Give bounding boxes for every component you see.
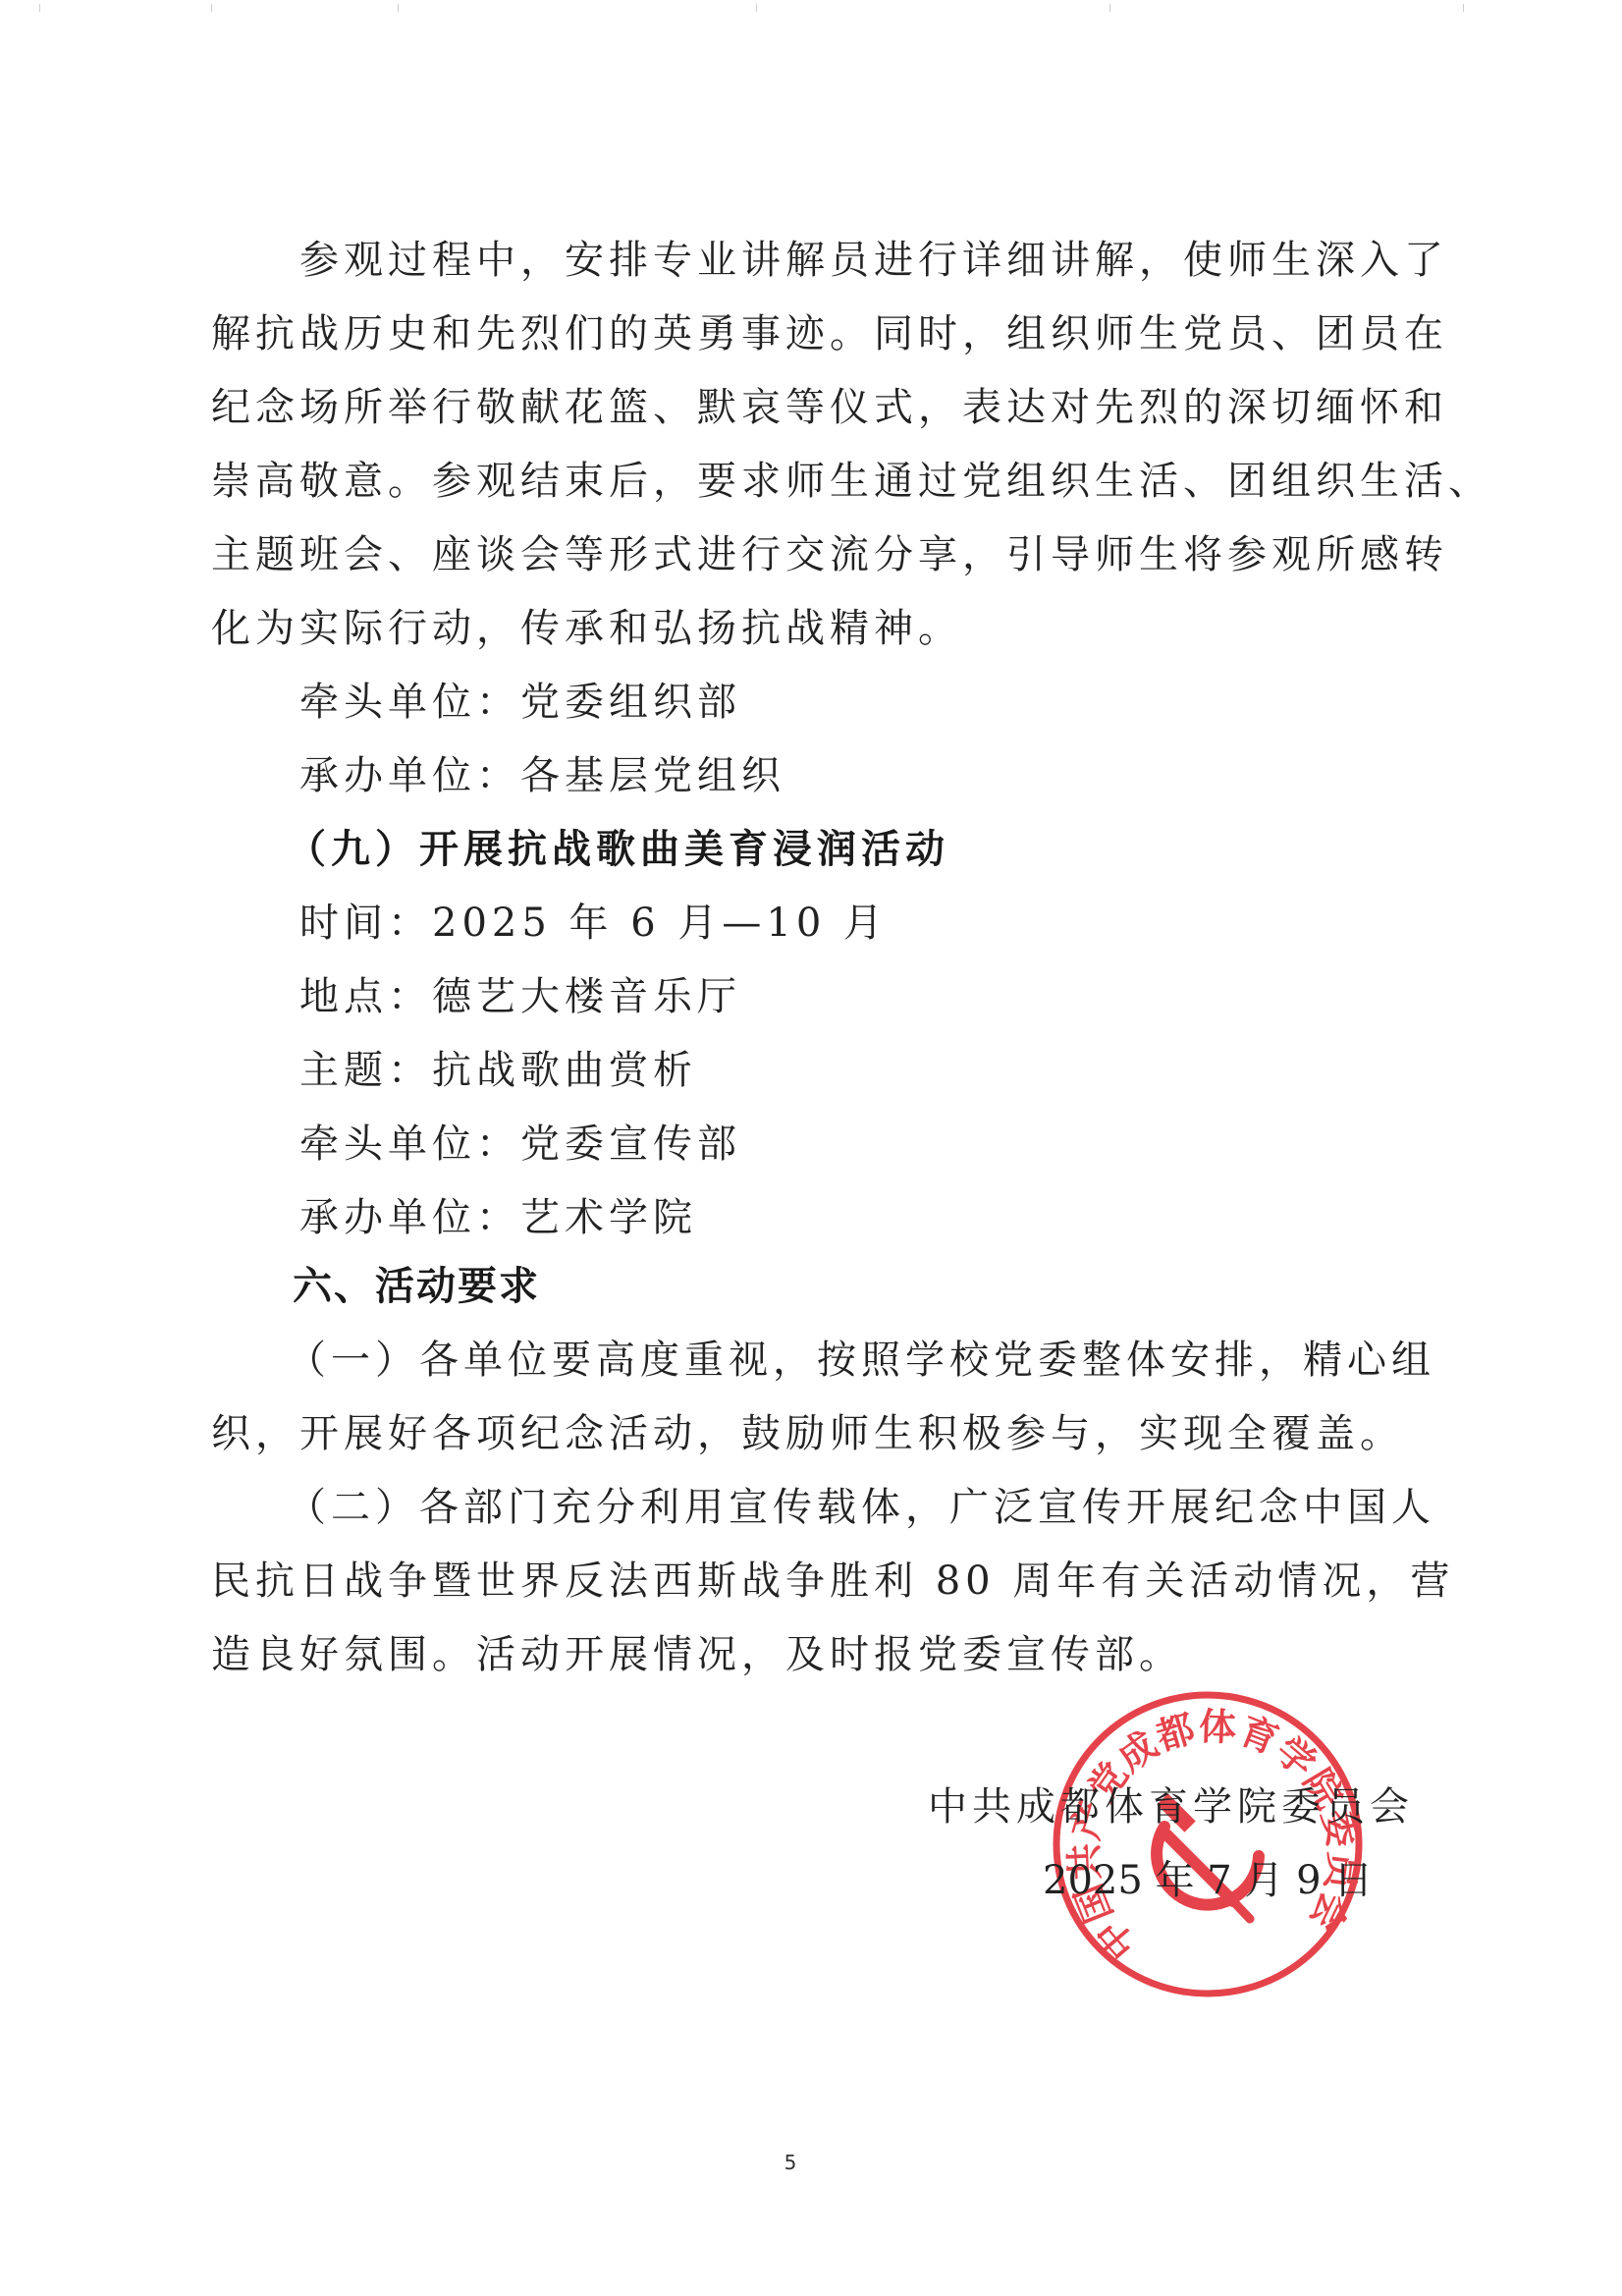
paragraph-line: 民抗日战争暨世界反法西斯战争胜利 80 周年有关活动情况，营 [211, 1552, 1407, 1611]
item9-host-unit: 承办单位：艺术学院 [299, 1188, 1407, 1247]
scan-artifact [39, 4, 40, 12]
item9-theme: 主题：抗战歌曲赏析 [299, 1041, 1407, 1100]
item9-location: 地点：德艺大楼音乐厅 [299, 967, 1407, 1026]
official-seal: 中国共产党成都体育学院委员会 [1049, 1687, 1367, 2001]
paragraph-line: 造良好氛围。活动开展情况，及时报党委宣传部。 [211, 1625, 1407, 1684]
scan-artifact [211, 4, 212, 12]
host-unit-item8: 承办单位：各基层党组织 [299, 746, 1407, 805]
paragraph-line: 崇高敬意。参观结束后，要求师生通过党组织生活、团组织生活、 [211, 452, 1407, 511]
paragraph-line: （二）各部门充分利用宣传载体，广泛宣传开展纪念中国人 [287, 1478, 1407, 1537]
lead-unit-item8: 牵头单位：党委组织部 [299, 673, 1407, 732]
paragraph-line: 织，开展好各项纪念活动，鼓励师生积极参与，实现全覆盖。 [211, 1404, 1407, 1463]
document-page: 参观过程中，安排专业讲解员进行详细讲解，使师生深入了 解抗战历史和先烈们的英勇事… [0, 0, 1622, 2296]
scan-artifact [1109, 4, 1110, 12]
scan-artifact [398, 4, 399, 12]
scan-artifact [1463, 4, 1464, 12]
paragraph-line: （一）各单位要高度重视，按照学校党委整体安排，精心组 [287, 1331, 1407, 1390]
item9-time: 时间：2025 年 6 月—10 月 [299, 894, 1407, 953]
signature-date: 2025 年 7 月 9 日 [1043, 1851, 1323, 1910]
paragraph-line: 参观过程中，安排专业讲解员进行详细讲解，使师生深入了 [299, 231, 1407, 290]
page-number: 5 [776, 2151, 805, 2174]
item9-lead-unit: 牵头单位：党委宣传部 [299, 1115, 1407, 1174]
scan-artifact [756, 4, 757, 12]
paragraph-line: 主题班会、座谈会等形式进行交流分享，引导师生将参观所感转 [211, 525, 1407, 584]
paragraph-line: 解抗战历史和先烈们的英勇事迹。同时，组织师生党员、团员在 [211, 304, 1407, 363]
paragraph-line: 化为实际行动，传承和弘扬抗战精神。 [211, 599, 1407, 658]
signature-organization: 中共成都体育学院委员会 [928, 1777, 1404, 1836]
paragraph-line: 纪念场所举行敬献花篮、默哀等仪式，表达对先烈的深切缅怀和 [211, 378, 1407, 437]
section6-heading: 六、活动要求 [293, 1257, 1488, 1316]
item9-title: （九）开展抗战歌曲美育浸润活动 [287, 820, 1483, 879]
